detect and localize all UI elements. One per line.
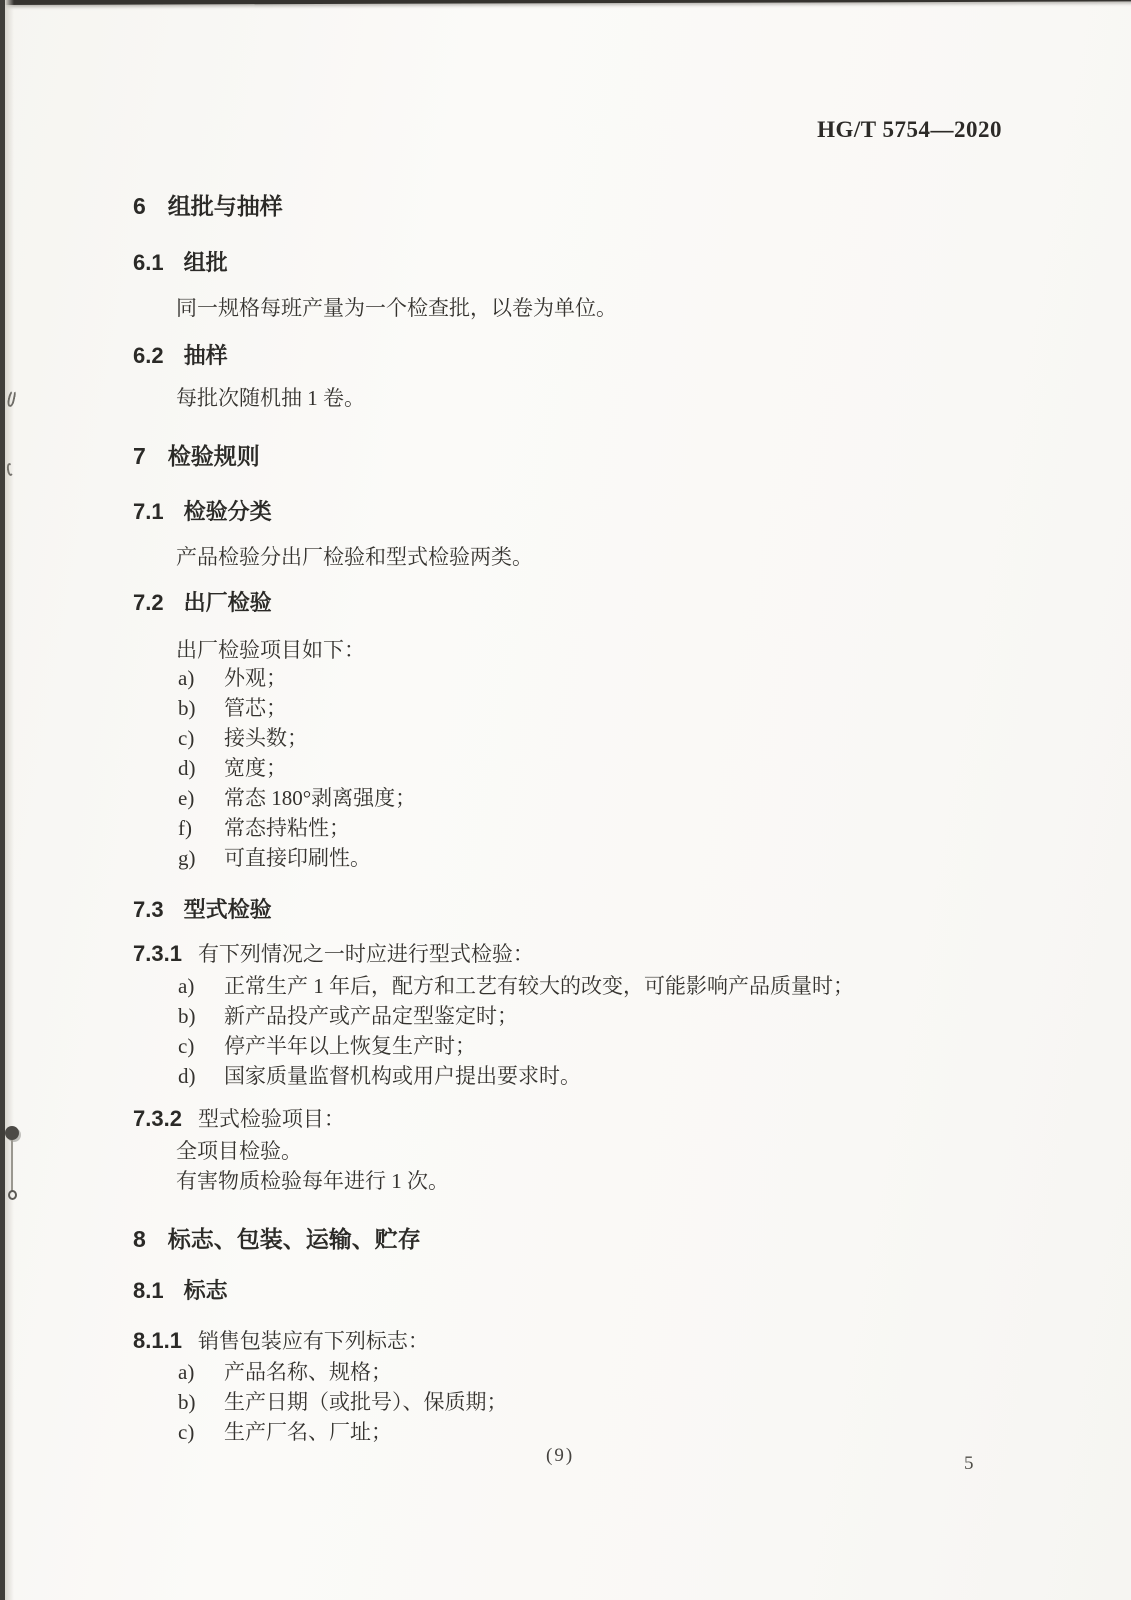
- clause-title: 标志: [184, 1278, 228, 1303]
- list-item: a)正常生产 1 年后，配方和工艺有较大的改变，可能影响产品质量时；: [178, 971, 1002, 1001]
- list-item-label: c): [178, 723, 224, 753]
- paragraph: 出厂检验项目如下：: [133, 635, 1002, 665]
- clause-heading-6: 6组批与抽样: [133, 191, 1002, 221]
- clause-title: 组批与抽样: [168, 193, 283, 219]
- clause-number: 7.2: [133, 590, 164, 615]
- list-item-text: 宽度；: [224, 753, 1002, 783]
- clause-title: 出厂检验: [184, 590, 272, 615]
- list-item: c)生产厂名、厂址；: [178, 1417, 1002, 1447]
- clause-number: 7.1: [133, 499, 164, 524]
- list-item-text: 外观；: [224, 663, 1002, 693]
- binding-mark: [11, 1140, 13, 1192]
- clause-heading-6-1: 6.1组批: [133, 248, 1002, 278]
- paragraph: 产品检验分出厂检验和型式检验两类。: [133, 542, 1002, 572]
- binding-mark: [8, 1190, 17, 1200]
- clause-title: 检验分类: [184, 499, 272, 524]
- binding-mark: [5, 1126, 19, 1140]
- list-item-text: 常态持粘性；: [224, 813, 1002, 843]
- list-item-text: 停产半年以上恢复生产时；: [224, 1031, 1002, 1061]
- clause-title: 型式检验: [184, 897, 272, 922]
- list-item: b)管芯；: [178, 693, 1002, 723]
- list-item-text: 管芯；: [224, 693, 1002, 723]
- list-item-label: d): [178, 753, 224, 783]
- page-number: 5: [964, 1453, 974, 1475]
- list-item: d)宽度；: [178, 753, 1002, 783]
- paragraph-text: 型式检验项目：: [198, 1107, 345, 1131]
- clause-title: 标志、包装、运输、贮存: [168, 1226, 421, 1252]
- list-item-label: a): [178, 1357, 224, 1387]
- itemized-list: a)正常生产 1 年后，配方和工艺有较大的改变，可能影响产品质量时； b)新产品…: [133, 971, 1002, 1091]
- clause-number: 6: [133, 193, 146, 219]
- clause-heading-8: 8标志、包装、运输、贮存: [133, 1224, 1002, 1254]
- clause-number: 7.3: [133, 897, 164, 922]
- clause-number: 8.1.1: [133, 1328, 182, 1353]
- list-item: a)外观；: [178, 663, 1002, 693]
- list-item-label: b): [178, 693, 224, 723]
- list-item: a)产品名称、规格；: [178, 1357, 1002, 1387]
- clause-number: 8.1: [133, 1278, 164, 1303]
- list-item: b)生产日期（或批号）、保质期；: [178, 1387, 1002, 1417]
- list-item: d)国家质量监督机构或用户提出要求时。: [178, 1061, 1002, 1091]
- clause-number: 8: [133, 1226, 146, 1252]
- list-item-text: 国家质量监督机构或用户提出要求时。: [224, 1061, 1002, 1091]
- list-item-label: f): [178, 813, 224, 843]
- list-item-label: a): [178, 663, 224, 693]
- paragraph-text: 有下列情况之一时应进行型式检验：: [198, 942, 534, 966]
- list-item-text: 正常生产 1 年后，配方和工艺有较大的改变，可能影响产品质量时；: [224, 971, 1002, 1001]
- list-item-text: 常态 180°剥离强度；: [224, 783, 1002, 813]
- clause-heading-7-3: 7.3型式检验: [133, 895, 1002, 925]
- clause-title: 组批: [184, 250, 228, 275]
- clause-title: 检验规则: [168, 443, 260, 469]
- clause-heading-7-2: 7.2出厂检验: [133, 588, 1002, 618]
- list-item-label: g): [178, 843, 224, 873]
- list-item-text: 新产品投产或产品定型鉴定时；: [224, 1001, 1002, 1031]
- list-item-label: c): [178, 1417, 224, 1447]
- list-item-label: e): [178, 783, 224, 813]
- list-item: e)常态 180°剥离强度；: [178, 783, 1002, 813]
- list-item-text: 生产厂名、厂址；: [224, 1417, 1002, 1447]
- list-item-text: 可直接印刷性。: [224, 843, 1002, 873]
- clause-number: 7.3.2: [133, 1106, 182, 1131]
- list-item-text: 生产日期（或批号）、保质期；: [224, 1387, 1002, 1417]
- numbered-paragraph-8-1-1: 8.1.1销售包装应有下列标志：: [133, 1326, 1002, 1356]
- clause-title: 抽样: [184, 343, 228, 368]
- list-item-text: 接头数；: [224, 723, 1002, 753]
- clause-number: 6.2: [133, 343, 164, 368]
- list-item: b)新产品投产或产品定型鉴定时；: [178, 1001, 1002, 1031]
- clause-heading-8-1: 8.1标志: [133, 1276, 1002, 1306]
- document-page: HG/T 5754—2020 6组批与抽样 6.1组批 同一规格每班产量为一个检…: [0, 0, 1131, 1600]
- list-item-label: c): [178, 1031, 224, 1061]
- clause-number: 6.1: [133, 250, 164, 275]
- clause-number: 7.3.1: [133, 941, 182, 966]
- list-item: f)常态持粘性；: [178, 813, 1002, 843]
- paragraph-text: 销售包装应有下列标志：: [198, 1329, 429, 1353]
- paragraph: 每批次随机抽 1 卷。: [133, 383, 1002, 413]
- paragraph: 有害物质检验每年进行 1 次。: [133, 1166, 1002, 1196]
- list-item-text: 产品名称、规格；: [224, 1357, 1002, 1387]
- list-item-label: b): [178, 1001, 224, 1031]
- clause-heading-6-2: 6.2抽样: [133, 341, 1002, 371]
- clause-number: 7: [133, 443, 146, 469]
- footer-note: (9): [546, 1445, 574, 1467]
- numbered-paragraph-7-3-2: 7.3.2型式检验项目：: [133, 1104, 1002, 1134]
- paragraph: 同一规格每班产量为一个检查批，以卷为单位。: [133, 293, 1002, 323]
- list-item-label: a): [178, 971, 224, 1001]
- itemized-list: a)产品名称、规格； b)生产日期（或批号）、保质期； c)生产厂名、厂址；: [133, 1357, 1002, 1447]
- list-item-label: b): [178, 1387, 224, 1417]
- scan-edge-shadow: [5, 0, 14, 1600]
- list-item: c)停产半年以上恢复生产时；: [178, 1031, 1002, 1061]
- document-content: 6组批与抽样 6.1组批 同一规格每班产量为一个检查批，以卷为单位。 6.2抽样…: [133, 0, 1002, 1600]
- paragraph: 全项目检验。: [133, 1136, 1002, 1166]
- clause-heading-7-1: 7.1检验分类: [133, 497, 1002, 527]
- list-item: g)可直接印刷性。: [178, 843, 1002, 873]
- list-item: c)接头数；: [178, 723, 1002, 753]
- clause-heading-7: 7检验规则: [133, 441, 1002, 471]
- numbered-paragraph-7-3-1: 7.3.1有下列情况之一时应进行型式检验：: [133, 939, 1002, 969]
- list-item-label: d): [178, 1061, 224, 1091]
- itemized-list: a)外观； b)管芯； c)接头数； d)宽度； e)常态 180°剥离强度； …: [133, 663, 1002, 873]
